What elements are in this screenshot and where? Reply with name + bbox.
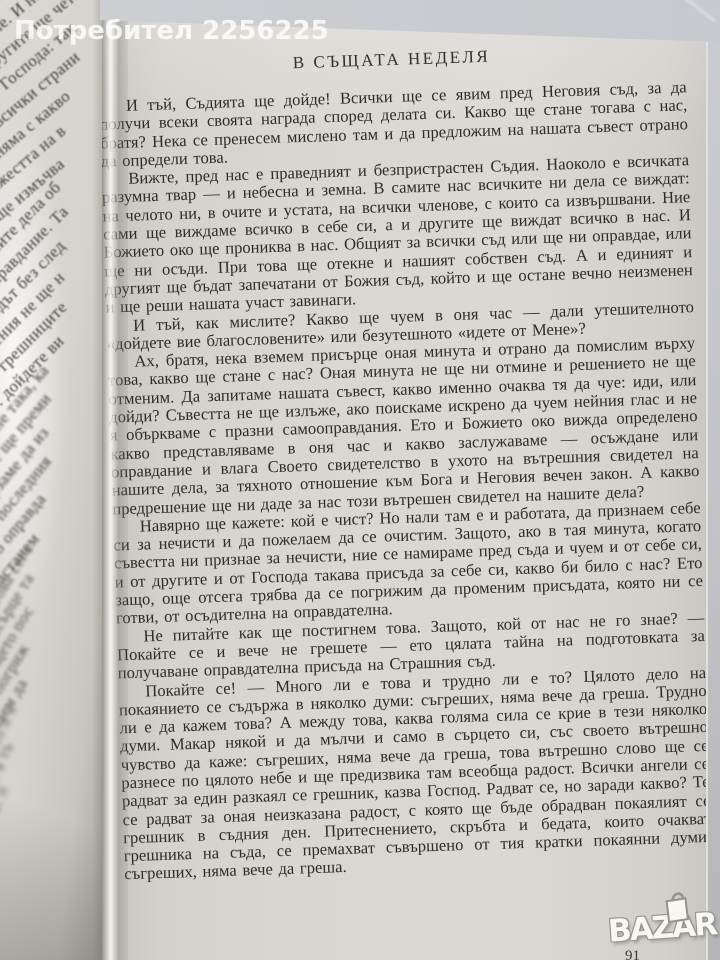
page-content: В СЪЩАТА НЕДЕЛЯ И тъй, Съдията ще дойде!…: [102, 26, 708, 884]
bazar-logo: BAZAR: [607, 906, 717, 949]
paragraph: Навярно ще кажете: кой е чист? Но нали т…: [113, 499, 704, 628]
user-watermark: Потребител 2256225: [14, 16, 329, 46]
text-fragment: каянието и к: [0, 701, 21, 795]
right-page: В СЪЩАТА НЕДЕЛЯ И тъй, Съдията ще дойде!…: [102, 0, 708, 960]
text-fragment: ова! Св. п: [0, 782, 13, 857]
paragraph: Вижте, пред нас е праведният и безпристр…: [102, 151, 694, 317]
page-paragraphs: И тъй, Съдията ще дойде! Всички ще се яв…: [102, 78, 708, 884]
paragraph: Покайте се! — Много ли е това и трудно л…: [118, 663, 708, 884]
page-title: В СЪЩАТА НЕДЕЛЯ: [102, 40, 686, 79]
book-photo: те и пние. И нашадругите ще четеот Госпо…: [0, 0, 720, 960]
text-fragment: приети в тъ: [0, 739, 18, 826]
paragraph: Ах, братя, нека вземем присърце оная мин…: [107, 334, 700, 518]
page-number: 91: [625, 948, 640, 960]
